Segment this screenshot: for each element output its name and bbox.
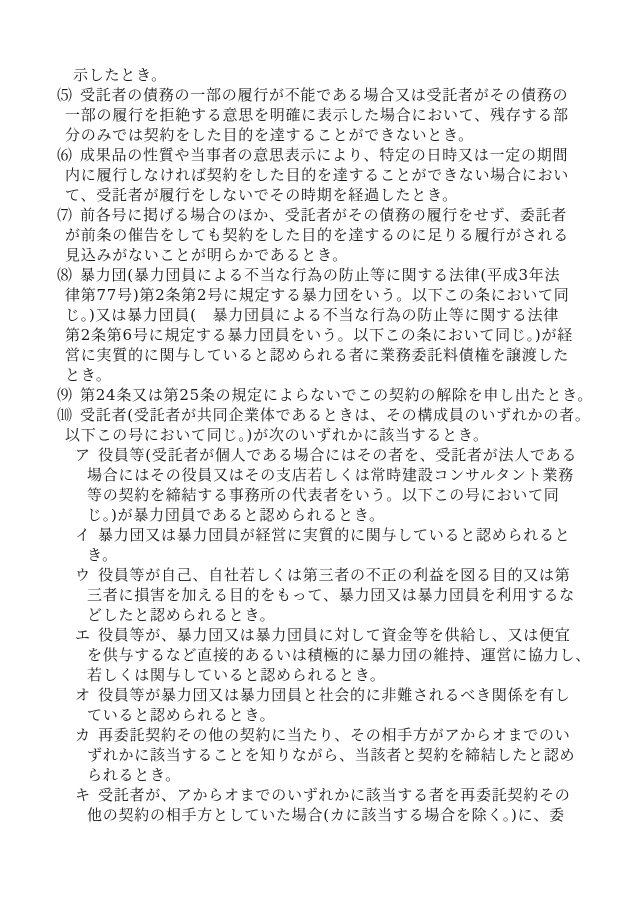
text-line: 営に実質的に関与していると認められる者に業務委託料債権を譲渡した xyxy=(0,345,630,365)
text-line: 以下この号において同じ。)が次のいずれかに該当するとき。 xyxy=(0,425,630,445)
line-text: どしたと認められるとき。 xyxy=(87,606,275,624)
line-text: 役員等が、暴力団又は暴力団員に対して資金等を供給し、又は便宜 xyxy=(98,626,571,644)
text-line: 第2条第6号に規定する暴力団員をいう。以下この条において同じ。)が経 xyxy=(0,325,630,345)
document-text-block: 示したとき。⑸受託者の債務の一部の履行が不能である場合又は受託者がその債務の一部… xyxy=(0,65,630,825)
line-text: 場合にはその役員又はその支店若しくは常時建設コンサルタント業務 xyxy=(87,466,574,484)
line-text: 若しくは関与していると認められるとき。 xyxy=(87,666,386,684)
line-text: が前条の催告をしても契約をした目的を達するのに足りる履行がされる xyxy=(65,226,569,244)
text-line: て、受託者が履行をしないでその時期を経過したとき。 xyxy=(0,185,630,205)
document-page: 示したとき。⑸受託者の債務の一部の履行が不能である場合又は受託者がその債務の一部… xyxy=(0,0,630,903)
line-text: 三者に損害を加える目的をもって、暴力団又は暴力団員を利用するな xyxy=(87,586,575,604)
line-text: 暴力団又は暴力団員が経営に実質的に関与していると認められると xyxy=(98,526,571,544)
line-text: 受託者が、アからオまでのいずれかに該当する者を再委託契約その xyxy=(98,786,571,804)
text-line: じ。)が暴力団員であると認められるとき。 xyxy=(0,505,630,525)
text-line: 若しくは関与していると認められるとき。 xyxy=(0,665,630,685)
line-text: 律第77号)第2条第2号に規定する暴力団をいう。以下この条において同 xyxy=(65,286,570,304)
text-line: ⑸受託者の債務の一部の履行が不能である場合又は受託者がその債務の xyxy=(0,85,630,105)
item-number-label: ⑻ xyxy=(57,265,80,285)
line-text: 受託者(受託者が共同企業体であるときは、その構成員のいずれかの者。 xyxy=(80,406,591,424)
line-text: ずれかに該当することを知りながら、当該者と契約を締結したと認め xyxy=(87,746,575,764)
text-line: カ再委託契約その他の契約に当たり、その相手方がアからオまでのい xyxy=(0,725,630,745)
sub-item-label: エ xyxy=(75,625,98,645)
text-line: ⑺前各号に掲げる場合のほか、受託者がその債務の履行をせず、委託者 xyxy=(0,205,630,225)
line-text: 役員等(受託者が個人である場合にはその者を、受託者が法人である xyxy=(98,446,577,464)
item-number-label: ⑺ xyxy=(57,205,80,225)
text-line: どしたと認められるとき。 xyxy=(0,605,630,625)
text-line: 一部の履行を拒絶する意思を明確に表示した場合において、残存する部 xyxy=(0,105,630,125)
sub-item-label: イ xyxy=(75,525,98,545)
text-line: き。 xyxy=(0,545,630,565)
line-text: 第24条又は第25条の規定によらないでこの契約の解除を申し出たとき。 xyxy=(80,386,593,404)
line-text: 分のみでは契約をした目的を達することができないとき。 xyxy=(65,126,474,144)
text-line: 示したとき。 xyxy=(0,65,630,85)
line-text: じ。)が暴力団員であると認められるとき。 xyxy=(87,506,385,524)
sub-item-label: カ xyxy=(75,725,98,745)
line-text: 成果品の性質や当事者の意思表示により、特定の日時又は一定の期間 xyxy=(80,146,568,164)
text-line: ていると認められるとき。 xyxy=(0,705,630,725)
line-text: られるとき。 xyxy=(87,766,181,784)
item-number-label: ⑸ xyxy=(57,85,80,105)
line-text: 等の契約を締結する事務所の代表者をいう。以下この号において同 xyxy=(87,486,560,504)
item-number-label: ⑽ xyxy=(57,405,80,425)
text-line: ア役員等(受託者が個人である場合にはその者を、受託者が法人である xyxy=(0,445,630,465)
text-line: が前条の催告をしても契約をした目的を達するのに足りる履行がされる xyxy=(0,225,630,245)
line-text: き。 xyxy=(87,546,118,564)
text-line: ⑼第24条又は第25条の規定によらないでこの契約の解除を申し出たとき。 xyxy=(0,385,630,405)
text-line: ウ役員等が自己、自社若しくは第三者の不正の利益を図る目的又は第 xyxy=(0,565,630,585)
text-line: られるとき。 xyxy=(0,765,630,785)
line-text: 前各号に掲げる場合のほか、受託者がその債務の履行をせず、委託者 xyxy=(80,206,567,224)
sub-item-label: キ xyxy=(75,785,98,805)
item-number-label: ⑹ xyxy=(57,145,80,165)
text-line: ずれかに該当することを知りながら、当該者と契約を締結したと認め xyxy=(0,745,630,765)
sub-item-label: オ xyxy=(75,685,98,705)
line-text: 役員等が自己、自社若しくは第三者の不正の利益を図る目的又は第 xyxy=(98,566,571,584)
line-text: 第2条第6号に規定する暴力団員をいう。以下この条において同じ。)が経 xyxy=(65,326,573,344)
line-text: とき。 xyxy=(65,366,112,384)
text-line: 見込みがないことが明らかであるとき。 xyxy=(0,245,630,265)
line-text: じ。)又は暴力団員( 暴力団員による不当な行為の防止等に関する法律 xyxy=(65,306,559,324)
line-text: ていると認められるとき。 xyxy=(87,706,275,724)
text-line: 等の契約を締結する事務所の代表者をいう。以下この号において同 xyxy=(0,485,630,505)
text-line: 内に履行しなければ契約をした目的を達することができない場合におい xyxy=(0,165,630,185)
line-text: 受託者の債務の一部の履行が不能である場合又は受託者がその債務の xyxy=(80,86,568,104)
line-text: 役員等が暴力団又は暴力団員と社会的に非難されるべき関係を有し xyxy=(98,686,571,704)
sub-item-label: ウ xyxy=(75,565,98,585)
text-line: 場合にはその役員又はその支店若しくは常時建設コンサルタント業務 xyxy=(0,465,630,485)
line-text: 再委託契約その他の契約に当たり、その相手方がアからオまでのい xyxy=(98,726,571,744)
text-line: を供与するなど直接的あるいは積極的に暴力団の維持、運営に協力し、 xyxy=(0,645,630,665)
text-line: とき。 xyxy=(0,365,630,385)
item-number-label: ⑼ xyxy=(57,385,80,405)
line-text: 見込みがないことが明らかであるとき。 xyxy=(65,246,348,264)
sub-item-label: ア xyxy=(75,445,98,465)
line-text: 内に履行しなければ契約をした目的を達することができない場合におい xyxy=(65,166,569,184)
text-line: ⑹成果品の性質や当事者の意思表示により、特定の日時又は一定の期間 xyxy=(0,145,630,165)
line-text: を供与するなど直接的あるいは積極的に暴力団の維持、運営に協力し、 xyxy=(87,646,591,664)
text-line: 律第77号)第2条第2号に規定する暴力団をいう。以下この条において同 xyxy=(0,285,630,305)
text-line: オ役員等が暴力団又は暴力団員と社会的に非難されるべき関係を有し xyxy=(0,685,630,705)
line-text: 以下この号において同じ。)が次のいずれかに該当するとき。 xyxy=(65,426,489,444)
text-line: じ。)又は暴力団員( 暴力団員による不当な行為の防止等に関する法律 xyxy=(0,305,630,325)
line-text: 一部の履行を拒絶する意思を明確に表示した場合において、残存する部 xyxy=(65,106,569,124)
text-line: ⑻暴力団(暴力団員による不当な行為の防止等に関する法律(平成3年法 xyxy=(0,265,630,285)
text-line: キ受託者が、アからオまでのいずれかに該当する者を再委託契約その xyxy=(0,785,630,805)
line-text: て、受託者が履行をしないでその時期を経過したとき。 xyxy=(65,186,458,204)
line-text: 暴力団(暴力団員による不当な行為の防止等に関する法律(平成3年法 xyxy=(80,266,560,284)
line-text: 示したとき。 xyxy=(73,66,167,84)
text-line: エ役員等が、暴力団又は暴力団員に対して資金等を供給し、又は便宜 xyxy=(0,625,630,645)
text-line: 三者に損害を加える目的をもって、暴力団又は暴力団員を利用するな xyxy=(0,585,630,605)
line-text: 他の契約の相手方としていた場合(カに該当する場合を除く。)に、委 xyxy=(87,806,565,824)
text-line: 分のみでは契約をした目的を達することができないとき。 xyxy=(0,125,630,145)
text-line: 他の契約の相手方としていた場合(カに該当する場合を除く。)に、委 xyxy=(0,805,630,825)
text-line: ⑽受託者(受託者が共同企業体であるときは、その構成員のいずれかの者。 xyxy=(0,405,630,425)
text-line: イ暴力団又は暴力団員が経営に実質的に関与していると認められると xyxy=(0,525,630,545)
line-text: 営に実質的に関与していると認められる者に業務委託料債権を譲渡した xyxy=(65,346,569,364)
